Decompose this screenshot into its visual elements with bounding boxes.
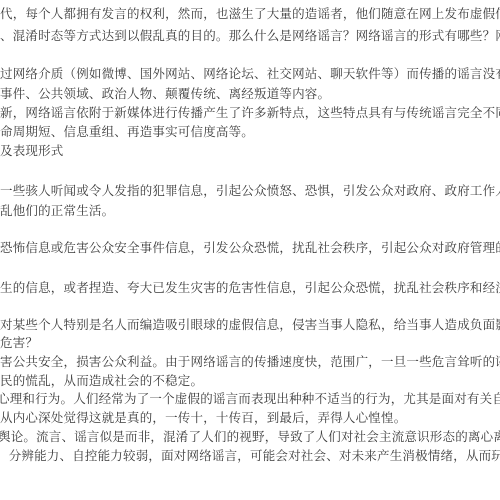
paragraph-line: 、混淆时态等方式达到以假乱真的目的。那么什么是网络谣言？网络谣言的形式有哪些？网… xyxy=(0,27,500,45)
paragraph-line: 事件、公共领域、政治人物、颠覆传统、离经叛道等内容。 xyxy=(0,85,330,103)
paragraph-line: 一些骇人听闻或令人发指的犯罪信息，引起公众愤怒、恐惧，引发公众对政府、政府工作人… xyxy=(0,182,500,200)
paragraph-line: ，分辨能力、自控能力较弱，面对网络谣言，可能会对社会、对未来产生消极情绪，从而玩… xyxy=(0,447,500,465)
paragraph-line: 代，每个人都拥有发言的权利，然而，也滋生了大量的造谣者，他们随意在网上发布虚假信… xyxy=(0,5,500,23)
paragraph-line: 心理和行为。人们经常为了一个虚假的谣言而表现出种种不适当的行为，尤其是面对有关自… xyxy=(0,390,500,408)
paragraph-line: 生的信息，或者捏造、夸大已发生灾害的危害性信息，引起公众恐慌，扰乱社会秩序和经济… xyxy=(0,279,500,297)
paragraph-line: 过网络介质（例如微博、国外网站、网络论坛、社交网站、聊天软件等）而传播的谣言没有… xyxy=(0,65,500,83)
paragraph-line: 舆论。流言、谣言似是而非，混淆了人们的视野，导致了人们对社会主流意识形态的离心离… xyxy=(0,428,500,446)
paragraph-line: 从内心深处觉得这就是真的，一传十，十传百，到最后，弄得人心惶惶。 xyxy=(0,409,406,427)
paragraph-line: 民的慌乱，从而造成社会的不稳定。 xyxy=(0,372,203,390)
paragraph-line: 乱他们的正常生活。 xyxy=(0,202,114,220)
paragraph-line: 对某些个人特别是名人而编造吸引眼球的虚假信息，侵害当事人隐私，给当事人造成负面影… xyxy=(0,316,500,334)
section-heading: 及表现形式 xyxy=(0,142,64,160)
paragraph-line: ？ xyxy=(0,45,7,63)
paragraph-line: 恐怖信息或危害公众安全事件信息，引发公众恐慌，扰乱社会秩序，引起公众对政府管理的… xyxy=(0,239,500,257)
paragraph-line: 害公共安全，损害公众利益。由于网络谣言的传播速度快，范围广，一旦一些危言耸听的谣… xyxy=(0,353,500,371)
paragraph-line: 新，网络谣言依附于新媒体进行传播产生了许多新特点，这些特点具有与传统谣言完全不同… xyxy=(0,104,500,122)
section-heading: 危害？ xyxy=(0,334,38,352)
article-body: 代，每个人都拥有发言的权利，然而，也滋生了大量的造谣者，他们随意在网上发布虚假信… xyxy=(0,0,500,500)
paragraph-line: 命周期短、信息重组、再造事实可信度高等。 xyxy=(0,123,254,141)
